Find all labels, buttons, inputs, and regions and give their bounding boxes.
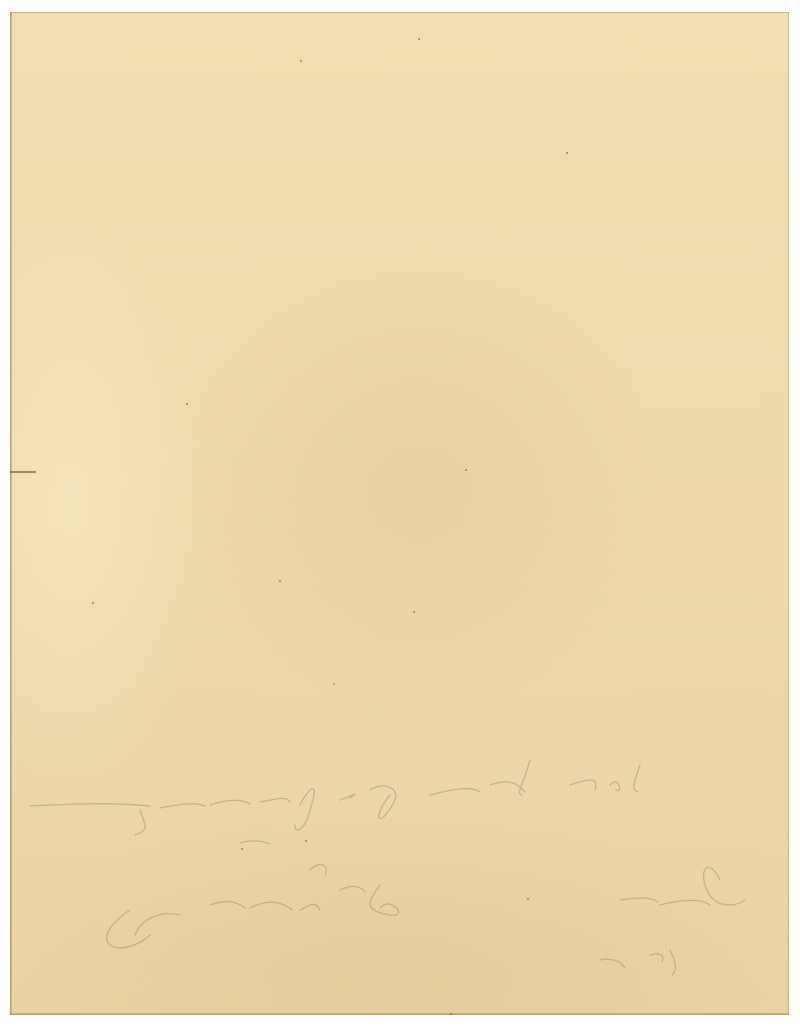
foxing-spot <box>279 580 281 582</box>
scan-canvas <box>0 0 800 1029</box>
foxing-spot <box>92 602 94 604</box>
foxing-spot <box>305 840 307 842</box>
edge-tear-mark <box>10 471 36 473</box>
foxing-spot <box>418 38 420 40</box>
foxing-spot <box>186 403 188 405</box>
foxing-spot <box>241 848 243 850</box>
foxing-spot <box>566 152 568 154</box>
foxing-spot <box>413 611 415 613</box>
foxing-spot <box>300 60 302 62</box>
paper-sheet <box>10 12 789 1015</box>
foxing-spot <box>465 469 467 471</box>
foxing-spot <box>333 683 335 685</box>
foxing-spot <box>527 898 529 900</box>
foxing-spot <box>450 1013 452 1015</box>
